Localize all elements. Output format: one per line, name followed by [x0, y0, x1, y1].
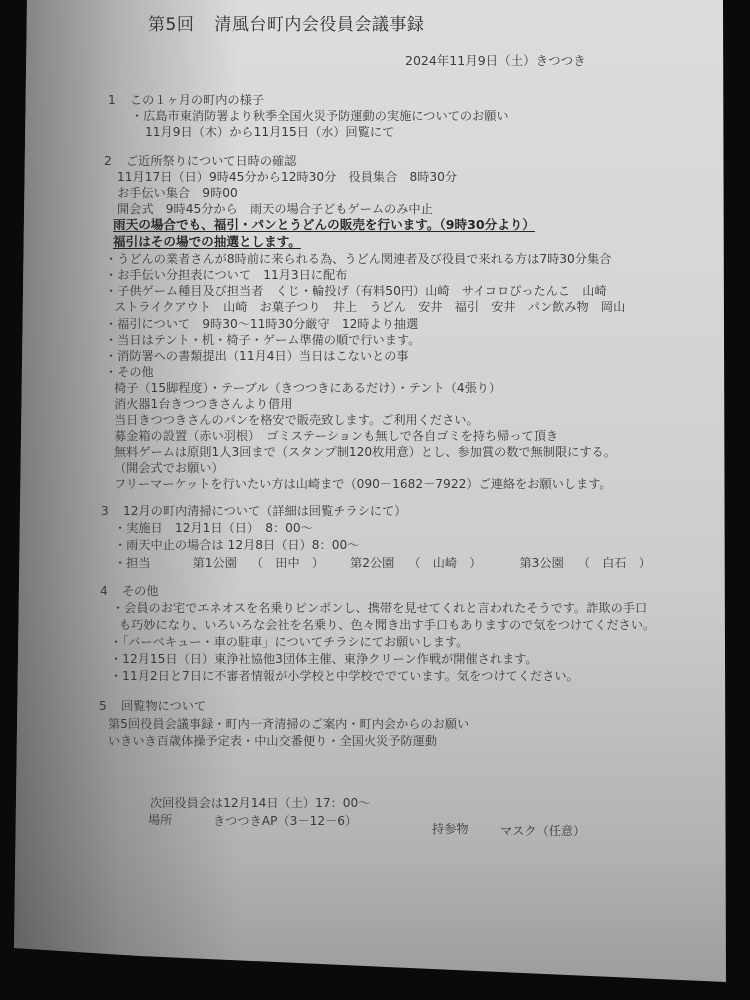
next-meeting-place: きつつきAP（3－12－6） — [213, 813, 357, 829]
section-3-line: ・実施日 12月1日（日） 8：00～ — [114, 520, 313, 536]
section-number: 3 — [101, 503, 123, 519]
lottery-notice-underlined: 福引はその場での抽選とします。 — [113, 234, 301, 250]
section-2-line: 開会式 9時45分から 雨天の場合子どもゲームのみ中止 — [117, 201, 433, 217]
section-5-line: いきいき百歳体操予定表・中山交番便り・全国火災予防運動 — [108, 733, 437, 749]
section-2-line: ・うどんの業者さんが8時前に来られる為、うどん関連者及び役員で来れる方は7時30… — [105, 251, 611, 267]
section-2-line: お手伝い集合 9時00 — [117, 185, 238, 201]
section-4-heading: 4その他 — [100, 583, 159, 599]
section-1-heading: 1この１ヶ月の町内の様子 — [108, 92, 264, 108]
section-heading-text: 回覧物について — [121, 699, 206, 713]
section-4-line: ・「バーベキュー・車の駐車」についてチラシにてお願いします。 — [110, 634, 468, 650]
next-meeting-bring: マスク（任意） — [500, 823, 585, 839]
section-2-line: 椅子（15脚程度）・テーブル（きつつきにあるだけ）・テント（4張り） — [114, 380, 501, 396]
section-2-line: ・福引について 9時30～11時30分厳守 12時より抽選 — [105, 316, 418, 332]
date-line: 2024年11月9日（土）きつつき — [405, 53, 586, 69]
section-2-line: （開会式でお願い） — [114, 460, 224, 476]
section-5-line: 第5回役員会議事録・町内一斉清掃のご案内・町内会からのお願い — [108, 716, 469, 732]
section-heading-text: ご近所祭りについて日時の確認 — [126, 154, 296, 168]
title-text: 清風台町内会役員会議事録 — [214, 15, 424, 35]
park-name: 第2公園 — [350, 556, 394, 570]
cleanup-assignments: ・担当第1公園（ 田中 ）第2公園（ 山崎 ）第3公園（ 白石 ） — [114, 555, 651, 571]
rain-notice-underlined: 雨天の場合でも、福引・パンとうどんの販売を行います。（9時30分より） — [113, 217, 535, 233]
next-meeting-bring-label: 持参物 — [432, 821, 469, 837]
section-3-heading: 312月の町内清掃について（詳細は回覧チラシにて） — [101, 503, 406, 519]
section-1-line: 11月9日（木）から11月15日（水）回覧にて — [145, 124, 394, 140]
section-4-line: ・会員のお宅でエネオスを名乗りピンポンし、携帯を見せてくれと言われたそうです。詐… — [112, 600, 647, 616]
park-person: （ 田中 ） — [251, 556, 324, 570]
next-meeting-place-label: 場所 — [148, 812, 172, 828]
section-5-heading: 5回覧物について — [99, 698, 206, 714]
section-number: 2 — [104, 153, 126, 169]
next-meeting-line: 次回役員会は12月14日（土）17：00～ — [150, 795, 370, 811]
section-2-heading: 2ご近所祭りについて日時の確認 — [104, 153, 296, 169]
park-person: （ 白石 ） — [578, 556, 651, 570]
section-2-line: 無料ゲームは原則1人3回まで（スタンプ制120枚用意）とし、参加賞の数で無制限に… — [114, 444, 616, 460]
section-number: 5 — [99, 698, 121, 714]
section-1-line: ・広島市東消防署より秋季全国火災予防運動の実施についてのお願い — [131, 108, 509, 124]
title-number: 第5回 — [148, 15, 194, 35]
section-2-line: 11月17日（日）9時45分から12時30分 役員集合 8時30分 — [117, 169, 457, 185]
section-2-line: ストライクアウト 山崎 お菓子つり 井上 うどん 安井 福引 安井 パン飲み物 … — [114, 299, 625, 315]
meeting-minutes-document: 第5回清風台町内会役員会議事録 2024年11月9日（土）きつつき 1この１ヶ月… — [0, 0, 750, 1000]
section-heading-text: 12月の町内清掃について（詳細は回覧チラシにて） — [123, 504, 406, 518]
section-2-line: 当日きつつきさんのパンを格安で販売致します。ご利用ください。 — [114, 412, 479, 428]
section-4-line: も巧妙になり、いろいろな会社を名乗り、色々聞き出す手口もありますので気をつけてく… — [119, 617, 655, 633]
section-number: 1 — [108, 92, 130, 108]
section-heading-text: その他 — [122, 584, 159, 598]
section-2-line: フリーマーケットを行いたい方は山崎まで（090－1682－7922）ご連絡をお願… — [114, 476, 612, 492]
section-2-line: 募金箱の設置（赤い羽根） ゴミステーションも無しで各自ゴミを持ち帰って頂き — [114, 428, 558, 444]
section-2-line: ・その他 — [105, 364, 154, 380]
section-3-line: ・雨天中止の場合は 12月8日（日）8：00～ — [114, 537, 359, 553]
park-name: 第3公園 — [519, 556, 563, 570]
assignments-label: ・担当 — [114, 556, 151, 570]
section-2-line: 消火器1台きつつきさんより借用 — [114, 396, 292, 412]
section-4-line: ・11月2日と7日に不審者情報が小学校と中学校ででています。気をつけてください。 — [110, 668, 579, 684]
park-name: 第1公園 — [193, 556, 237, 570]
section-heading-text: この１ヶ月の町内の様子 — [130, 93, 264, 107]
park-person: （ 山崎 ） — [408, 556, 481, 570]
document-title: 第5回清風台町内会役員会議事録 — [148, 17, 424, 33]
section-2-line: ・子供ゲーム種目及び担当者 くじ・輪投げ（有料50円）山崎 サイコロぴったんこ … — [105, 283, 607, 299]
section-4-line: ・12月15日（日）東浄社協他3団体主催、東浄クリーン作戦が開催されます。 — [110, 651, 538, 667]
section-number: 4 — [100, 583, 122, 599]
section-2-line: ・消防署への書類提出（11月4日）当日はこないとの事 — [105, 348, 409, 364]
section-2-line: ・お手伝い分担表について 11月3日に配布 — [105, 267, 347, 283]
section-2-line: ・当日はテント・机・椅子・ゲーム準備の順で行います。 — [105, 332, 420, 348]
